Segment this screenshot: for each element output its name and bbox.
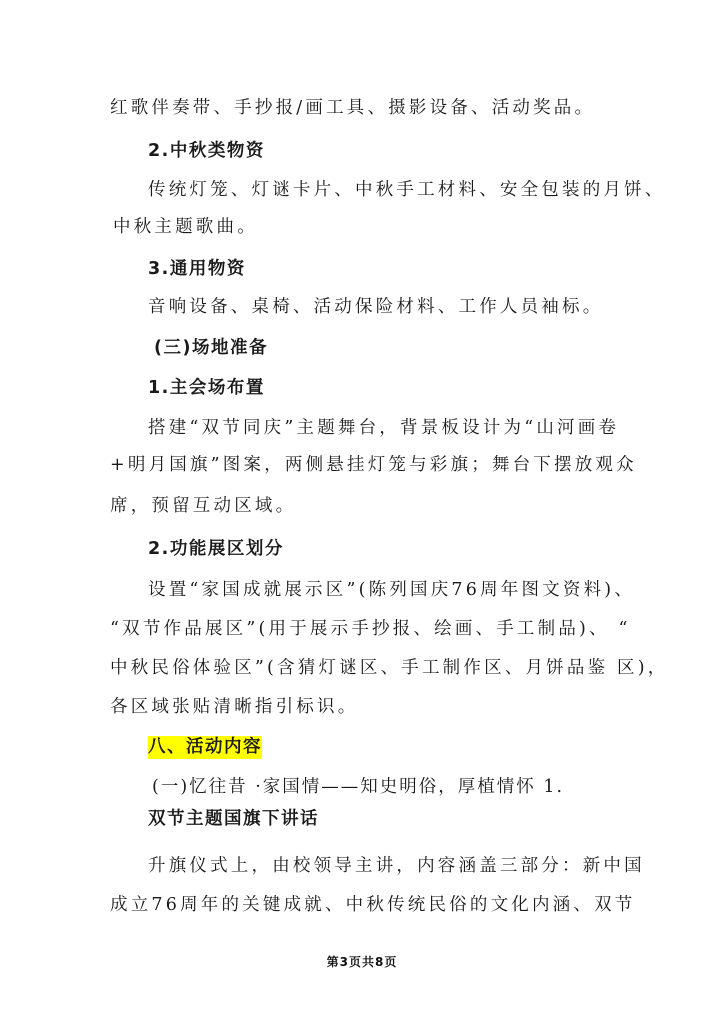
paragraph-line: 升旗仪式上，由校领导主讲，内容涵盖三部分：新中国	[148, 854, 645, 878]
heading-main-venue-layout: 1.主会场布置	[148, 376, 265, 400]
highlighted-text: 八、活动内容	[148, 736, 262, 759]
paragraph-line: 音响设备、桌椅、活动保险材料、工作人员袖标。	[148, 295, 603, 319]
paragraph-line: 搭建“双节同庆”主题舞台，背景板设计为“山河画卷	[148, 416, 619, 440]
paragraph-line: 成立76周年的关键成就、中秋传统民俗的文化内涵、双节	[110, 893, 635, 917]
heading-general-materials: 3.通用物资	[148, 257, 246, 281]
paragraph-line-materials-tail: 红歌伴奏带、手抄报/画工具、摄影设备、活动奖品。	[110, 96, 595, 120]
page-number-footer: 第3页共8页	[0, 953, 724, 970]
heading-exhibition-zones: 2.功能展区划分	[148, 537, 284, 561]
paragraph-line: 传统灯笼、灯谜卡片、中秋手工材料、安全包装的月饼、	[148, 178, 666, 202]
paragraph-line: 各区域张贴清晰指引标识。	[110, 695, 358, 719]
subheading-reminisce-past: (一)忆往昔 ·家国情——知史明俗，厚植情怀 1.	[152, 775, 564, 799]
heading-mid-autumn-materials: 2.中秋类物资	[148, 139, 265, 163]
paragraph-line: 席，预留互动区域。	[110, 494, 296, 518]
document-page: 红歌伴奏带、手抄报/画工具、摄影设备、活动奖品。 2.中秋类物资 传统灯笼、灯谜…	[0, 0, 724, 1024]
paragraph-line: +明月国旗”图案，两侧悬挂灯笼与彩旗；舞台下摆放观众	[110, 453, 637, 477]
section-heading-activity-content: 八、活动内容	[148, 735, 262, 759]
paragraph-line: 中秋主题歌曲。	[113, 215, 258, 239]
paragraph-line: 中秋民俗体验区”(含猜灯谜区、手工制作区、月饼品鉴 区)，	[110, 656, 668, 680]
paragraph-line: “双节作品展区”(用于展示手抄报、绘画、手工制品)、 “	[110, 617, 631, 641]
paragraph-line: 设置“家国成就展示区”(陈列国庆76周年图文资料)、	[148, 578, 635, 602]
heading-venue-preparation: (三)场地准备	[154, 336, 268, 360]
subheading-flag-speech: 双节主题国旗下讲话	[148, 807, 319, 831]
